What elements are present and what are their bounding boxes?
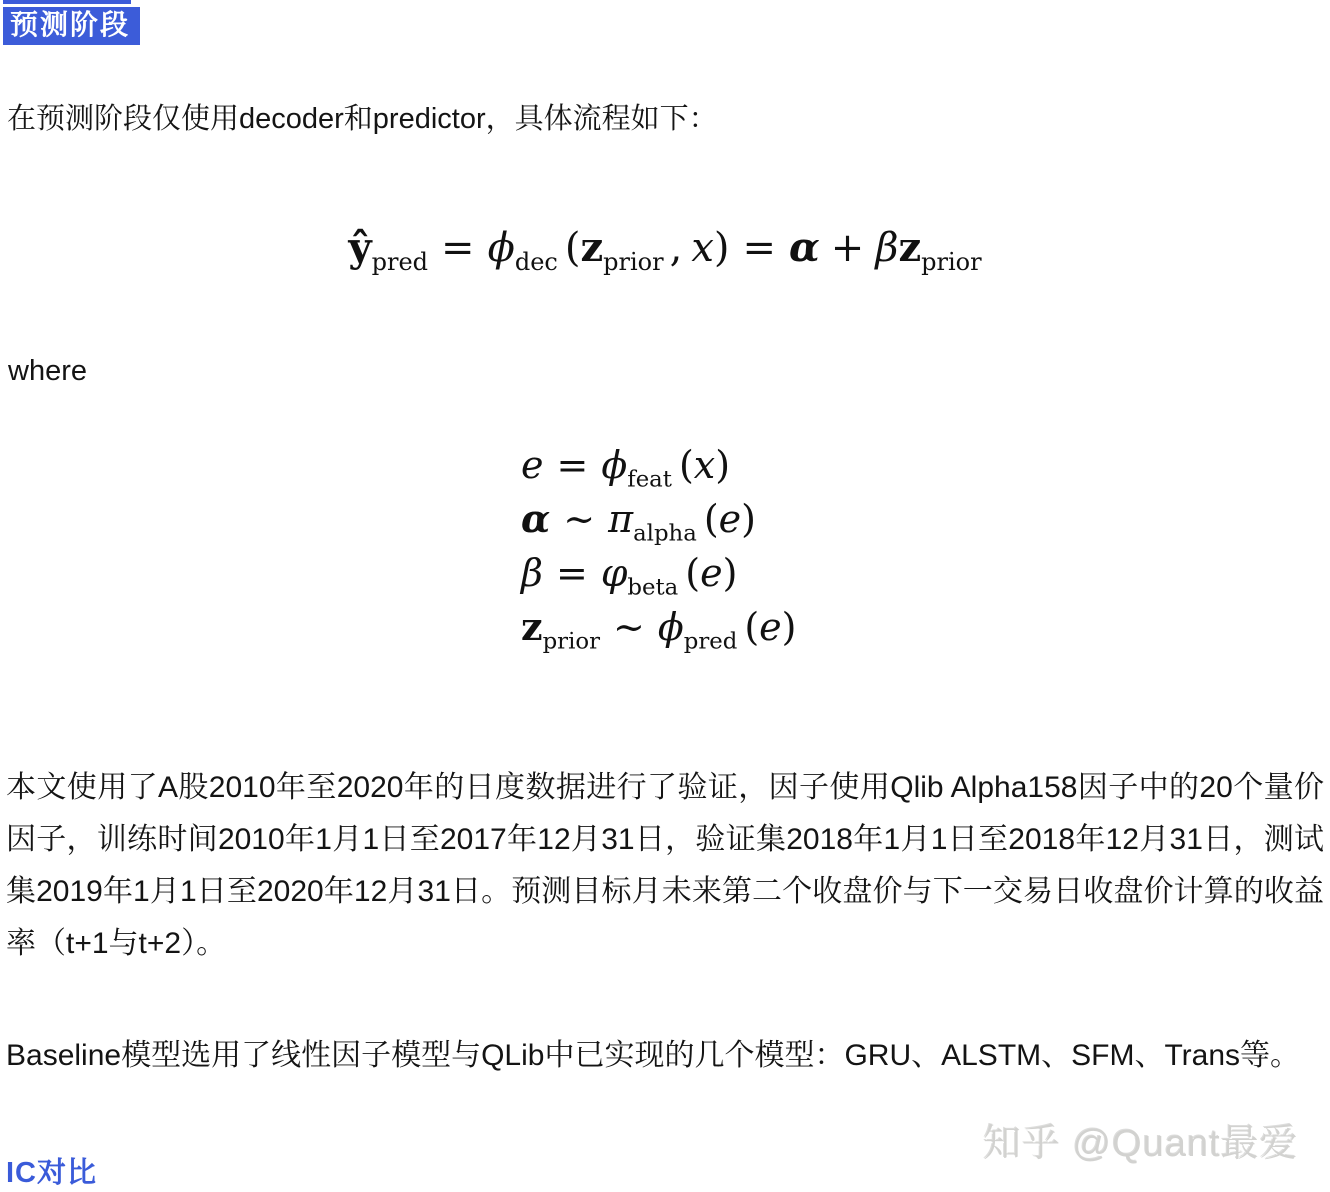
- section-heading-prediction-stage: 预测阶段: [3, 7, 140, 45]
- intro-paragraph: 在预测阶段仅使用decoder和predictor，具体流程如下：: [7, 96, 718, 137]
- math-right-paren: ): [714, 225, 730, 271]
- math-left-paren: (: [685, 551, 700, 595]
- equation-e-feat: e=ϕfeat(x): [521, 438, 796, 492]
- math-equals: =: [556, 551, 588, 595]
- math-sub-beta: beta: [627, 575, 678, 601]
- math-e: e: [700, 551, 723, 595]
- math-equals: =: [441, 225, 475, 271]
- math-x: x: [694, 443, 715, 487]
- math-z-bold: z: [580, 224, 603, 271]
- article-page: 预测阶段 在预测阶段仅使用decoder和predictor，具体流程如下： ŷ…: [0, 0, 1330, 1192]
- previous-heading-highlight-remnant: [3, 0, 131, 4]
- baseline-models-paragraph: Baseline模型选用了线性因子模型与QLib中已实现的几个模型：GRU、AL…: [6, 1030, 1300, 1074]
- validation-data-paragraph: 本文使用了A股2010年至2020年的日度数据进行了验证，因子使用Qlib Al…: [6, 762, 1324, 970]
- math-pi: π: [608, 497, 633, 541]
- where-label: where: [8, 355, 87, 388]
- math-phi: ϕ: [488, 225, 515, 271]
- math-right-paren: ): [782, 605, 797, 649]
- math-right-paren: ): [723, 551, 738, 595]
- section-heading-ic-comparison: IC对比: [6, 1150, 97, 1191]
- math-alpha-bold: α: [521, 496, 550, 541]
- math-phi: ϕ: [601, 443, 627, 487]
- math-sub-prior: prior: [921, 248, 981, 276]
- math-e: e: [521, 443, 544, 487]
- math-sub-feat: feat: [627, 467, 672, 493]
- equation-beta: β=φbeta(e): [521, 546, 796, 600]
- math-sub-alpha: alpha: [633, 521, 697, 547]
- math-left-paren: (: [565, 225, 581, 271]
- equation-alpha-sample: α∼πalpha(e): [521, 492, 796, 546]
- math-y-hat: ŷ: [348, 224, 371, 271]
- math-left-paren: (: [679, 443, 694, 487]
- math-beta: β: [521, 551, 543, 595]
- math-equals: =: [557, 443, 589, 487]
- math-tilde: ∼: [563, 497, 595, 541]
- math-left-paren: (: [744, 605, 759, 649]
- math-right-paren: ): [741, 497, 756, 541]
- math-sub-dec: dec: [515, 248, 558, 276]
- math-plus: +: [831, 225, 865, 271]
- math-tilde: ∼: [613, 605, 645, 649]
- math-equals: =: [743, 225, 777, 271]
- math-alpha-bold: α: [789, 224, 820, 271]
- math-x: x: [691, 225, 714, 271]
- math-z-bold: z: [898, 224, 921, 271]
- equation-group: e=ϕfeat(x) α∼πalpha(e) β=φbeta(e) zprior…: [521, 438, 796, 654]
- math-e: e: [759, 605, 782, 649]
- math-varphi: φ: [601, 551, 628, 595]
- math-z-bold: z: [521, 604, 543, 649]
- math-left-paren: (: [704, 497, 719, 541]
- math-sub-prior: prior: [603, 248, 663, 276]
- math-sub-prior: prior: [543, 629, 600, 655]
- equation-decoder-predictor: ŷpred=ϕdec(zprior,x)=α+βzprior: [0, 224, 1330, 271]
- math-beta: β: [875, 225, 898, 271]
- math-phi: ϕ: [658, 605, 684, 649]
- equation-z-prior-sample: zprior∼ϕpred(e): [521, 600, 796, 654]
- math-right-paren: ): [715, 443, 730, 487]
- zhihu-watermark: 知乎 @Quant最爱: [983, 1112, 1299, 1167]
- math-sub-pred: pred: [684, 629, 738, 655]
- math-sub-pred: pred: [372, 248, 428, 276]
- math-e: e: [719, 497, 742, 541]
- math-comma: ,: [670, 225, 683, 271]
